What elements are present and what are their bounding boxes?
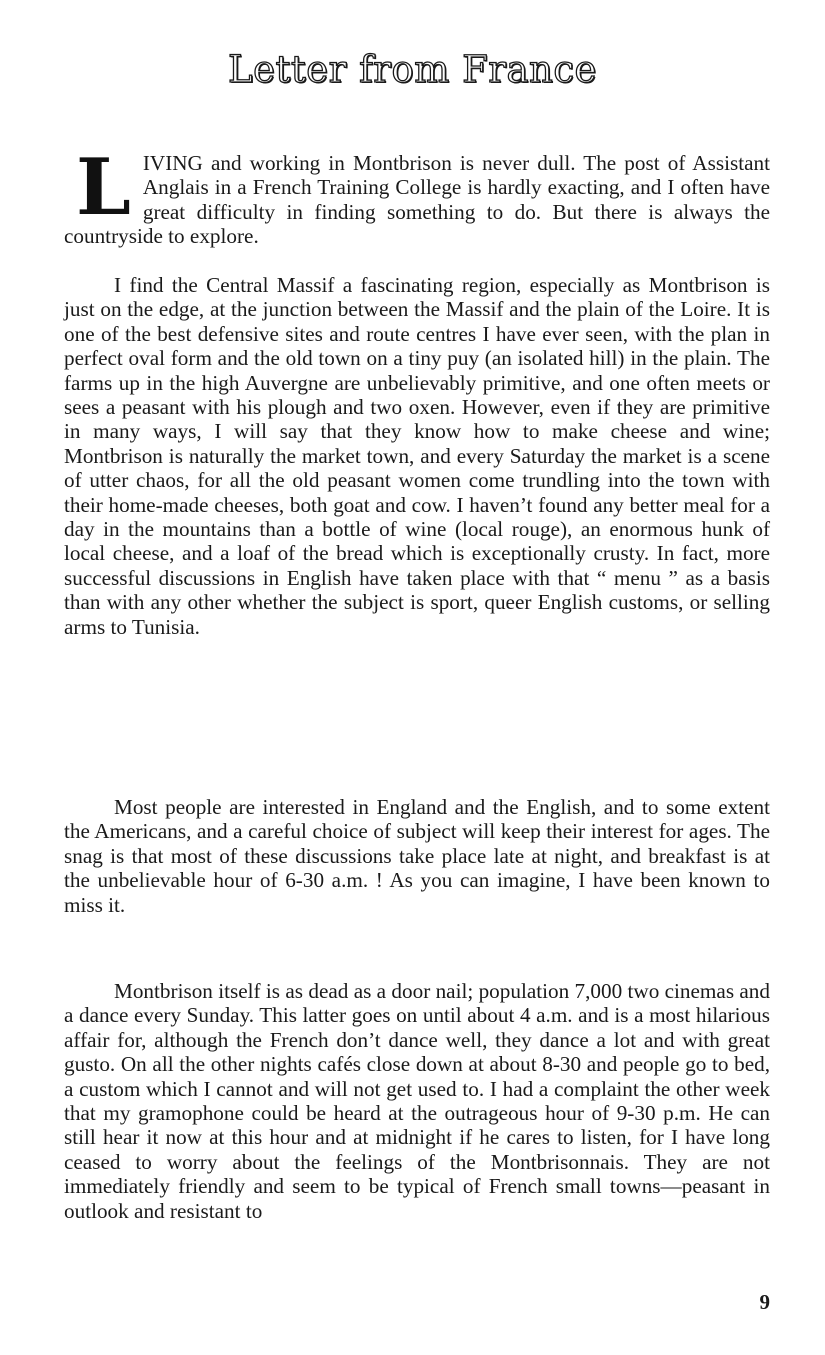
paragraph-text: Most people are interested in England an… xyxy=(64,795,770,917)
drop-cap: L xyxy=(76,157,131,223)
paragraph-text: Montbrison itself is as dead as a door n… xyxy=(64,979,770,1223)
page-number: 9 xyxy=(744,1290,770,1315)
opening-paragraph: LIVING and working in Montbrison is neve… xyxy=(64,151,770,249)
paragraph-2: I find the Central Massif a fascinating … xyxy=(64,273,770,639)
paragraph-4: Montbrison itself is as dead as a door n… xyxy=(64,979,770,1223)
paragraph-text: I find the Central Massif a fascinating … xyxy=(64,273,770,639)
article-title: Letter from France xyxy=(0,48,825,91)
paragraph-3: Most people are interested in England an… xyxy=(64,795,770,917)
document-page: Letter from France LIVING and working in… xyxy=(0,0,825,1355)
opening-paragraph-text: IVING and working in Montbrison is never… xyxy=(64,151,770,248)
paragraph-1: LIVING and working in Montbrison is neve… xyxy=(64,151,770,249)
